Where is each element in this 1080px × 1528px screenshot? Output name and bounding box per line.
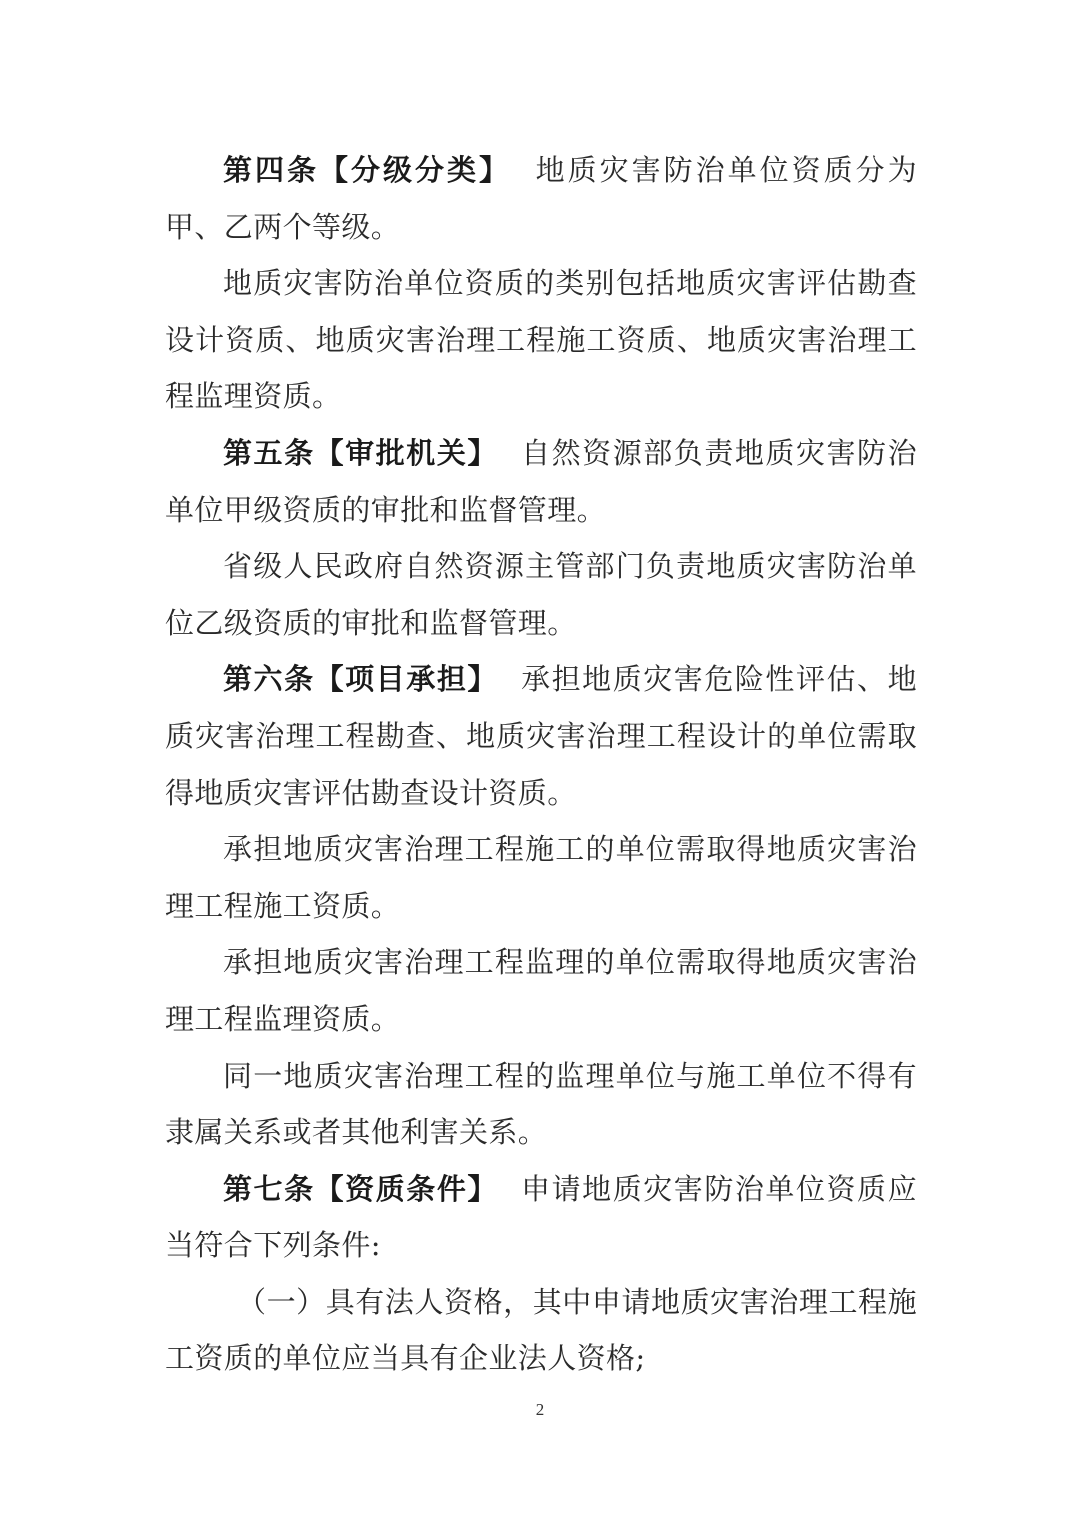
paragraph: 承担地质灾害治理工程监理的单位需取得地质灾害治理工程监理资质。 — [165, 934, 917, 1047]
article-6: 第六条【项目承担】承担地质灾害危险性评估、地质灾害治理工程勘查、地质灾害治理工程… — [165, 651, 917, 821]
article-heading: 第四条【分级分类】 — [223, 153, 511, 187]
paragraph: 承担地质灾害治理工程施工的单位需取得地质灾害治理工程施工资质。 — [165, 821, 917, 934]
list-item: （一）具有法人资格，其中申请地质灾害治理工程施工资质的单位应当具有企业法人资格; — [165, 1274, 917, 1387]
article-heading: 第五条【审批机关】 — [223, 436, 498, 470]
article-title: 【审批机关】 — [315, 436, 498, 470]
paragraph: 同一地质灾害治理工程的监理单位与施工单位不得有隶属关系或者其他利害关系。 — [165, 1048, 917, 1161]
article-number: 第五条 — [223, 436, 315, 470]
article-4: 第四条【分级分类】地质灾害防治单位资质分为甲、乙两个等级。 — [165, 142, 917, 255]
article-number: 第六条 — [223, 662, 315, 696]
article-title: 【资质条件】 — [315, 1172, 498, 1206]
article-number: 第四条 — [223, 153, 319, 187]
paragraph: 地质灾害防治单位资质的类别包括地质灾害评估勘查设计资质、地质灾害治理工程施工资质… — [165, 255, 917, 425]
document-page: 第四条【分级分类】地质灾害防治单位资质分为甲、乙两个等级。 地质灾害防治单位资质… — [165, 142, 917, 1387]
page-number: 2 — [0, 1400, 1080, 1420]
article-number: 第七条 — [223, 1172, 315, 1206]
article-title: 【分级分类】 — [319, 153, 511, 187]
article-heading: 第六条【项目承担】 — [223, 662, 498, 696]
article-5: 第五条【审批机关】自然资源部负责地质灾害防治单位甲级资质的审批和监督管理。 — [165, 425, 917, 538]
paragraph: 省级人民政府自然资源主管部门负责地质灾害防治单位乙级资质的审批和监督管理。 — [165, 538, 917, 651]
article-title: 【项目承担】 — [315, 662, 498, 696]
article-heading: 第七条【资质条件】 — [223, 1172, 498, 1206]
article-7: 第七条【资质条件】申请地质灾害防治单位资质应当符合下列条件: — [165, 1161, 917, 1274]
